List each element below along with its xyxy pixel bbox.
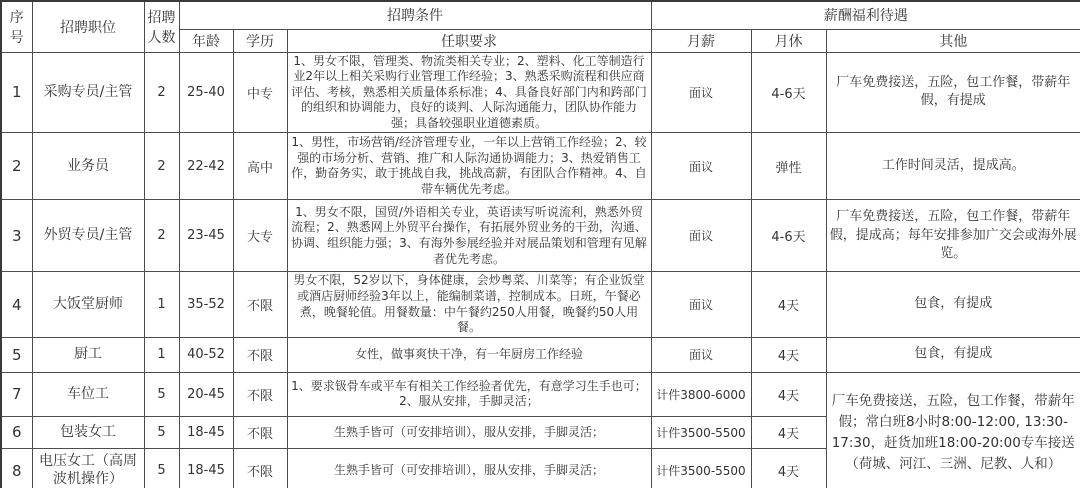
cell-headcount: 5: [144, 372, 179, 416]
cell-age: 35-52: [179, 272, 233, 337]
header-row-1: 序号 招聘职位 招聘人数 招聘条件 薪酬福利待遇: [1, 1, 1080, 29]
table-row: 7 车位工 5 20-45 不限 1、要求钑骨车或平车有相关工作经验者优先，有意…: [1, 372, 1080, 416]
table-row: 1 采购专员/主管 2 25-40 中专 1、男女不限，管理类、物流类相关专业；…: [1, 52, 1080, 133]
cell-requirements: 男女不限，52岁以下，身体健康，会炒粤菜、川菜等；有企业饭堂或酒店厨师经验3年以…: [287, 272, 651, 337]
cell-other-merged: 厂车免费接送，五险，包工作餐，带薪年假；常白班8小时8:00-12:00, 13…: [826, 372, 1080, 488]
cell-requirements: 1、男性，市场营销/经济管理专业，一年以上营销工作经验；2、较强的市场分析、营销…: [287, 133, 651, 200]
cell-salary: 面议: [651, 337, 751, 372]
cell-requirements: 生熟手皆可（可安排培训），服从安排，手脚灵活；: [287, 416, 651, 448]
cell-rest: 4天: [751, 337, 826, 372]
cell-education: 不限: [233, 372, 287, 416]
cell-salary: 面议: [651, 133, 751, 200]
cell-headcount: 2: [144, 52, 179, 133]
cell-requirements: 1、要求钑骨车或平车有相关工作经验者优先，有意学习生手也可； 2、服从安排，手脚…: [287, 372, 651, 416]
cell-serial: 1: [1, 52, 32, 133]
cell-position: 厨工: [32, 337, 144, 372]
cell-salary: 计件3800-6000: [651, 372, 751, 416]
cell-serial: 8: [1, 448, 32, 488]
cell-requirements: 女性，做事爽快干净，有一年厨房工作经验: [287, 337, 651, 372]
cell-rest: 4天: [751, 272, 826, 337]
cell-rest: 4-6天: [751, 52, 826, 133]
cell-education: 不限: [233, 448, 287, 488]
cell-position: 外贸专员/主管: [32, 200, 144, 272]
col-header-conditions-group: 招聘条件: [179, 1, 651, 29]
recruitment-table: 序号 招聘职位 招聘人数 招聘条件 薪酬福利待遇 年龄 学历 任职要求 月薪 月…: [0, 0, 1080, 488]
cell-position: 电压女工（高周波机操作）: [32, 448, 144, 488]
cell-age: 23-45: [179, 200, 233, 272]
table-row: 2 业务员 2 22-42 高中 1、男性，市场营销/经济管理专业，一年以上营销…: [1, 133, 1080, 200]
cell-position: 业务员: [32, 133, 144, 200]
cell-requirements: 生熟手皆可（可安排培训），服从安排，手脚灵活；: [287, 448, 651, 488]
col-header-rest: 月休: [751, 29, 826, 52]
cell-other: 厂车免费接送，五险，包工作餐，带薪年假，提成高；每年安排参加广交会或海外展览。: [826, 200, 1080, 272]
cell-salary: 面议: [651, 272, 751, 337]
cell-requirements: 1、男女不限，国贸/外语相关专业，英语读写听说流利，熟悉外贸流程；2、熟悉网上外…: [287, 200, 651, 272]
cell-education: 不限: [233, 272, 287, 337]
cell-other: 包食，有提成: [826, 337, 1080, 372]
cell-rest: 弹性: [751, 133, 826, 200]
cell-serial: 4: [1, 272, 32, 337]
cell-position: 采购专员/主管: [32, 52, 144, 133]
col-header-headcount: 招聘人数: [144, 1, 179, 52]
col-header-requirements: 任职要求: [287, 29, 651, 52]
cell-rest: 4天: [751, 448, 826, 488]
col-header-position: 招聘职位: [32, 1, 144, 52]
cell-headcount: 1: [144, 272, 179, 337]
cell-headcount: 2: [144, 200, 179, 272]
cell-other: 包食，有提成: [826, 272, 1080, 337]
cell-serial: 3: [1, 200, 32, 272]
cell-requirements: 1、男女不限，管理类、物流类相关专业；2、塑料、化工等制造行业2年以上相关采购行…: [287, 52, 651, 133]
cell-headcount: 5: [144, 448, 179, 488]
cell-age: 40-52: [179, 337, 233, 372]
cell-age: 18-45: [179, 448, 233, 488]
cell-rest: 4天: [751, 416, 826, 448]
cell-serial: 6: [1, 416, 32, 448]
cell-age: 25-40: [179, 52, 233, 133]
col-header-age: 年龄: [179, 29, 233, 52]
col-header-serial: 序号: [1, 1, 32, 52]
cell-headcount: 1: [144, 337, 179, 372]
cell-position: 车位工: [32, 372, 144, 416]
cell-salary: 计件3500-5500: [651, 416, 751, 448]
recruitment-table-sheet: 序号 招聘职位 招聘人数 招聘条件 薪酬福利待遇 年龄 学历 任职要求 月薪 月…: [0, 0, 1080, 488]
cell-education: 不限: [233, 416, 287, 448]
cell-education: 中专: [233, 52, 287, 133]
table-row: 4 大饭堂厨师 1 35-52 不限 男女不限，52岁以下，身体健康，会炒粤菜、…: [1, 272, 1080, 337]
cell-salary: 计件3500-5500: [651, 448, 751, 488]
col-header-benefits-group: 薪酬福利待遇: [651, 1, 1080, 29]
cell-education: 大专: [233, 200, 287, 272]
cell-headcount: 5: [144, 416, 179, 448]
col-header-other: 其他: [826, 29, 1080, 52]
cell-serial: 2: [1, 133, 32, 200]
cell-rest: 4天: [751, 372, 826, 416]
cell-rest: 4-6天: [751, 200, 826, 272]
col-header-salary: 月薪: [651, 29, 751, 52]
col-header-education: 学历: [233, 29, 287, 52]
cell-headcount: 2: [144, 133, 179, 200]
cell-salary: 面议: [651, 200, 751, 272]
cell-position: 包装女工: [32, 416, 144, 448]
cell-education: 不限: [233, 337, 287, 372]
cell-other: 工作时间灵活，提成高。: [826, 133, 1080, 200]
cell-other: 厂车免费接送，五险，包工作餐，带薪年假，有提成: [826, 52, 1080, 133]
cell-age: 22-42: [179, 133, 233, 200]
cell-age: 20-45: [179, 372, 233, 416]
table-row: 5 厨工 1 40-52 不限 女性，做事爽快干净，有一年厨房工作经验 面议 4…: [1, 337, 1080, 372]
cell-education: 高中: [233, 133, 287, 200]
cell-salary: 面议: [651, 52, 751, 133]
cell-age: 18-45: [179, 416, 233, 448]
table-row: 3 外贸专员/主管 2 23-45 大专 1、男女不限，国贸/外语相关专业，英语…: [1, 200, 1080, 272]
cell-serial: 5: [1, 337, 32, 372]
cell-serial: 7: [1, 372, 32, 416]
cell-position: 大饭堂厨师: [32, 272, 144, 337]
